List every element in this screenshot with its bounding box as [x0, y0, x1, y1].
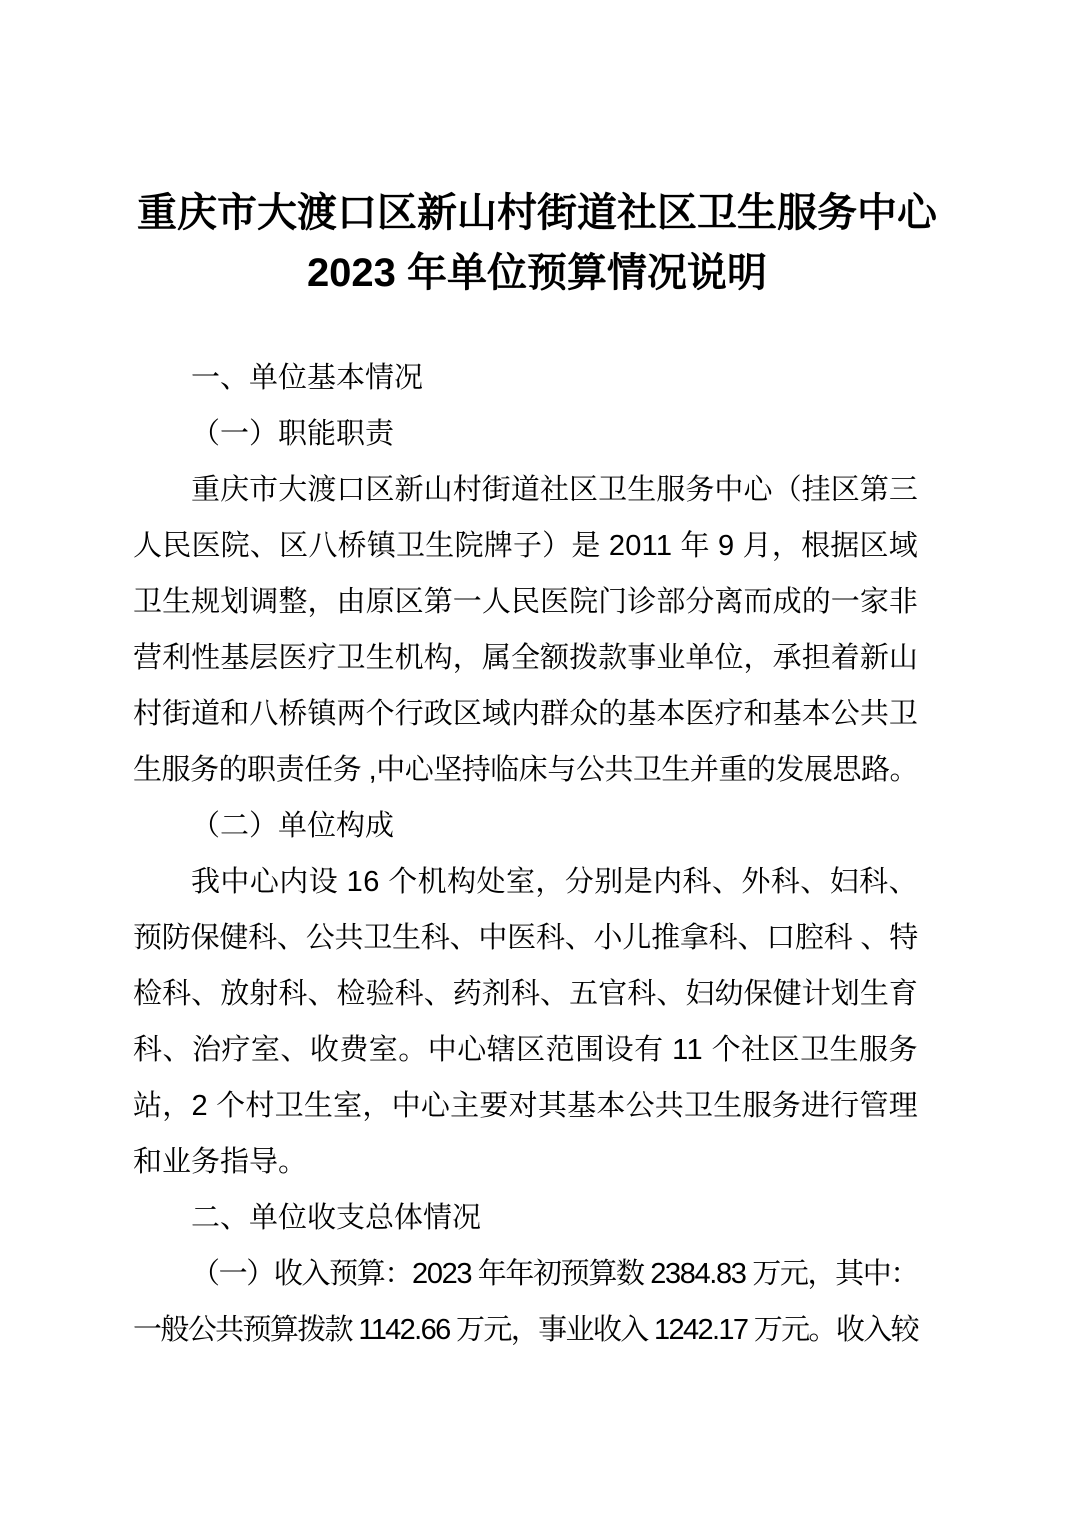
document-body: 一、单位基本情况（一）职能职责重庆市大渡口区新山村街道社区卫生服务中心（挂区第三…: [133, 350, 918, 1358]
text-line-content: 卫生规划调整，由原区第一人民医院门诊部分离而成的一家非: [133, 574, 918, 630]
text-line: （二）单位构成: [133, 798, 918, 854]
text-line: 二、单位收支总体情况: [133, 1190, 918, 1246]
text-line: （一）收入预算：2023 年年初预算数 2384.83 万元，其中：: [133, 1246, 918, 1302]
text-line-content: 我中心内设 16 个机构处室，分别是内科、外科、妇科、: [191, 854, 918, 910]
text-line: 生服务的职责任务 ,中心坚持临床与公共卫生并重的发展思路。: [133, 742, 918, 798]
text-line-content: （一）职能职责: [191, 406, 394, 462]
text-line-content: 一、单位基本情况: [191, 350, 423, 406]
text-line-content: 二、单位收支总体情况: [191, 1190, 481, 1246]
text-line-content: （二）单位构成: [191, 798, 394, 854]
text-line-content: 重庆市大渡口区新山村街道社区卫生服务中心（挂区第三: [191, 462, 918, 518]
text-line-content: 预防保健科、公共卫生科、中医科、小儿推拿科、口腔科 、特: [133, 910, 918, 966]
text-line-content: 检科、放射科、检验科、药剂科、五官科、妇幼保健计划生育: [133, 966, 918, 1022]
text-line-content: 生服务的职责任务 ,中心坚持临床与公共卫生并重的发展思路。: [133, 742, 918, 798]
text-line: 一般公共预算拨款 1142.66 万元，事业收入 1242.17 万元。收入较: [133, 1302, 918, 1358]
text-line: 一、单位基本情况: [133, 350, 918, 406]
text-line: 和业务指导。: [133, 1134, 918, 1190]
text-line-content: 一般公共预算拨款 1142.66 万元，事业收入 1242.17 万元。收入较: [133, 1302, 918, 1358]
text-line-content: 人民医院、区八桥镇卫生院牌子）是 2011 年 9 月，根据区域: [133, 518, 918, 574]
text-line-content: 营利性基层医疗卫生机构，属全额拨款事业单位，承担着新山: [133, 630, 918, 686]
text-line-content: 站，2 个村卫生室，中心主要对其基本公共卫生服务进行管理: [133, 1078, 918, 1134]
text-line: 人民医院、区八桥镇卫生院牌子）是 2011 年 9 月，根据区域: [133, 518, 918, 574]
text-line-content: 科、治疗室、收费室。中心辖区范围设有 11 个社区卫生服务: [133, 1022, 918, 1078]
text-line-content: 村街道和八桥镇两个行政区域内群众的基本医疗和基本公共卫: [133, 686, 918, 742]
text-line: （一）职能职责: [133, 406, 918, 462]
text-line: 我中心内设 16 个机构处室，分别是内科、外科、妇科、: [133, 854, 918, 910]
document-page: 重庆市大渡口区新山村街道社区卫生服务中心 2023 年单位预算情况说明 一、单位…: [0, 0, 1074, 1520]
text-line: 检科、放射科、检验科、药剂科、五官科、妇幼保健计划生育: [133, 966, 918, 1022]
text-line-content: 和业务指导。: [133, 1134, 307, 1190]
document-title: 重庆市大渡口区新山村街道社区卫生服务中心 2023 年单位预算情况说明: [67, 183, 1007, 303]
text-line: 营利性基层医疗卫生机构，属全额拨款事业单位，承担着新山: [133, 630, 918, 686]
text-line: 科、治疗室、收费室。中心辖区范围设有 11 个社区卫生服务: [133, 1022, 918, 1078]
text-line: 站，2 个村卫生室，中心主要对其基本公共卫生服务进行管理: [133, 1078, 918, 1134]
text-line: 重庆市大渡口区新山村街道社区卫生服务中心（挂区第三: [133, 462, 918, 518]
document-title-line-1: 重庆市大渡口区新山村街道社区卫生服务中心: [67, 183, 1007, 243]
text-line-content: （一）收入预算：2023 年年初预算数 2384.83 万元，其中：: [191, 1246, 918, 1302]
text-line: 卫生规划调整，由原区第一人民医院门诊部分离而成的一家非: [133, 574, 918, 630]
document-title-line-2: 2023 年单位预算情况说明: [67, 243, 1007, 303]
text-line: 预防保健科、公共卫生科、中医科、小儿推拿科、口腔科 、特: [133, 910, 918, 966]
text-line: 村街道和八桥镇两个行政区域内群众的基本医疗和基本公共卫: [133, 686, 918, 742]
